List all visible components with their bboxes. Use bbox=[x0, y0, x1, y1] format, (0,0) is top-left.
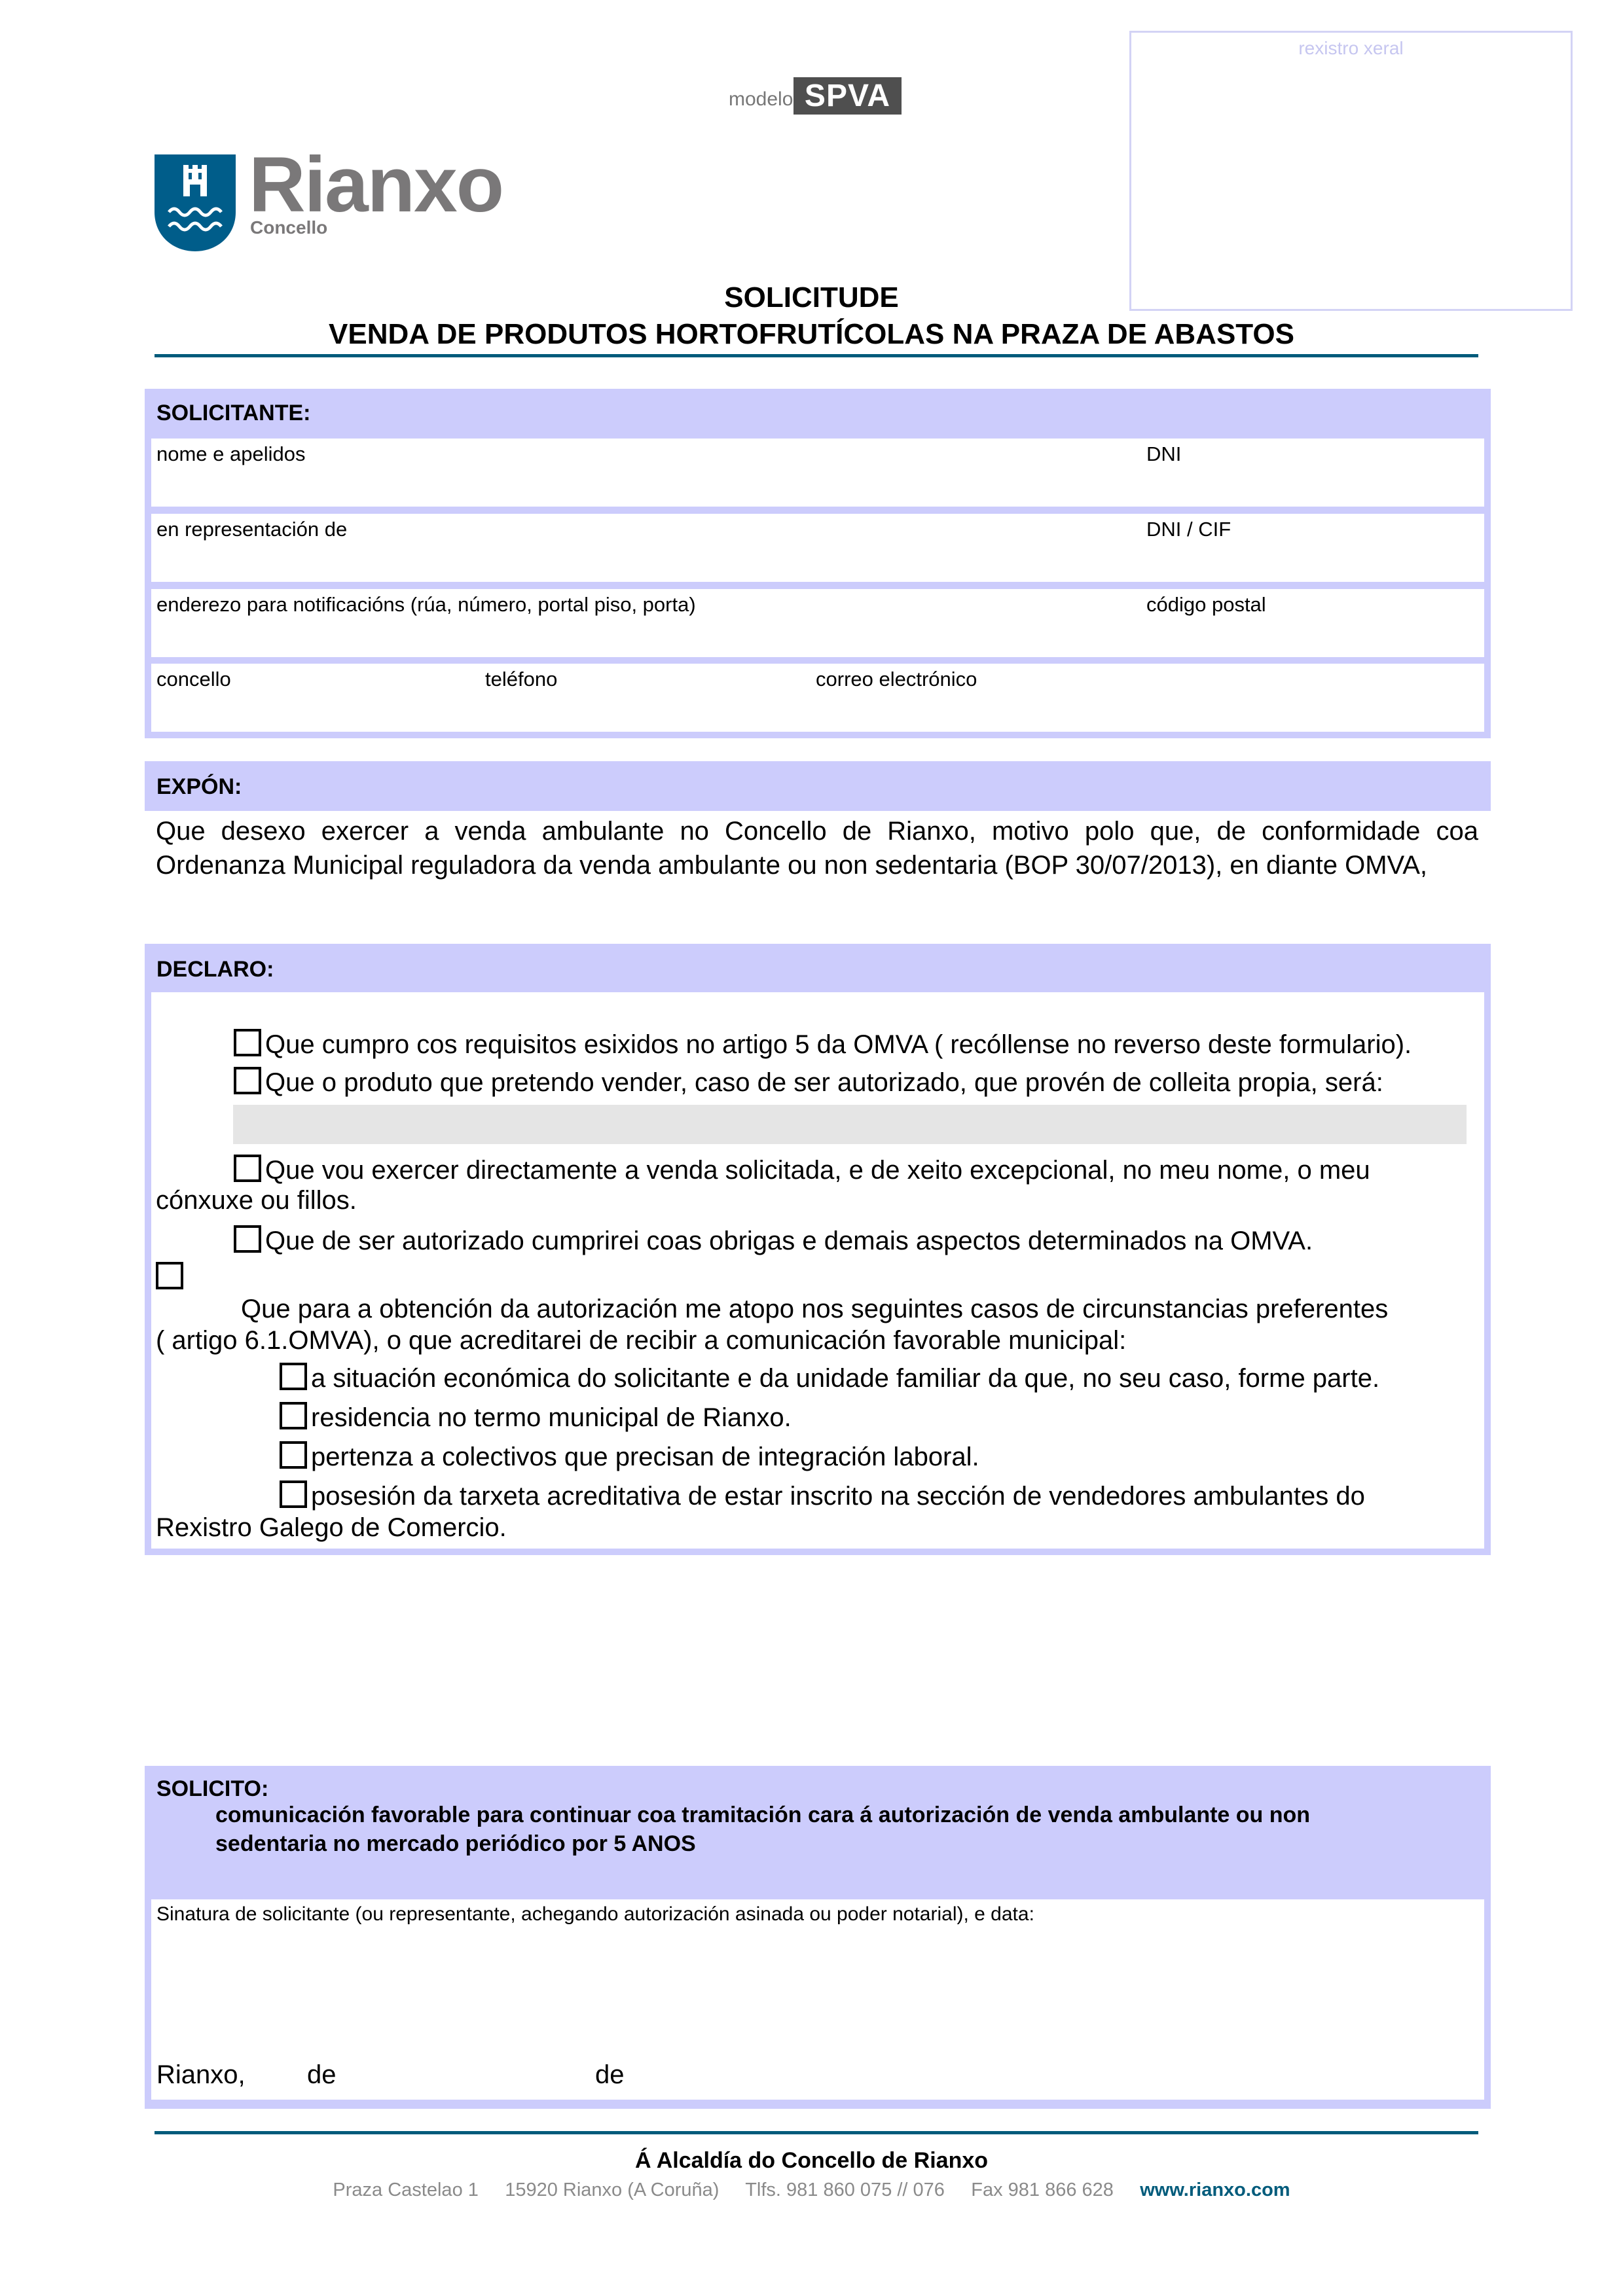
section-expon-header: EXPÓN: bbox=[145, 761, 1491, 811]
signature-date-de1: de bbox=[307, 2060, 337, 2090]
model-code-badge: SPVA bbox=[793, 77, 902, 115]
document-subtitle: VENDA DE PRODUTOS HORTOFRUTÍCOLAS NA PRA… bbox=[0, 318, 1623, 351]
field-row-contact[interactable]: concello teléfono correo electrónico bbox=[151, 664, 1484, 732]
signature-date-de2: de bbox=[595, 2060, 625, 2090]
address-field-label: enderezo para notificacións (rúa, número… bbox=[156, 593, 696, 617]
declaration-item-continuation: cónxuxe ou fillos. bbox=[156, 1186, 357, 1215]
logo-subtitle: Concello bbox=[250, 217, 327, 238]
footer-contact: Praza Castelao 1 15920 Rianxo (A Coruña)… bbox=[0, 2179, 1623, 2201]
footer-phones: Tlfs. 981 860 075 // 076 bbox=[745, 2179, 945, 2200]
dni-field-label: DNI bbox=[1146, 442, 1181, 466]
field-row-name[interactable]: nome e apelidos DNI bbox=[151, 439, 1484, 507]
declaration-item: Que o produto que pretendo vender, caso … bbox=[234, 1067, 1383, 1098]
checkbox[interactable] bbox=[280, 1480, 307, 1508]
footer-fax: Fax 981 866 628 bbox=[971, 2179, 1114, 2200]
shield-icon bbox=[155, 154, 237, 253]
section-heading: SOLICITANTE: bbox=[156, 401, 310, 426]
preference-item: posesión da tarxeta acreditativa de esta… bbox=[280, 1480, 1365, 1511]
section-solicito: SOLICITO: comunicación favorable para co… bbox=[145, 1766, 1491, 2109]
checkbox[interactable] bbox=[234, 1067, 261, 1094]
signature-box[interactable]: Sinatura de solicitante (ou representant… bbox=[151, 1899, 1484, 2100]
representation-field-label: en representación de bbox=[156, 518, 347, 541]
request-text-line1: comunicación favorable para continuar co… bbox=[215, 1803, 1310, 1828]
footer-city: 15920 Rianxo (A Coruña) bbox=[505, 2179, 719, 2200]
checkbox[interactable] bbox=[234, 1029, 261, 1056]
field-row-address[interactable]: enderezo para notificacións (rúa, número… bbox=[151, 589, 1484, 657]
declaration-item: Que cumpro cos requisitos esixidos no ar… bbox=[234, 1029, 1412, 1060]
checkbox[interactable] bbox=[280, 1441, 307, 1469]
footer-title: Á Alcaldía do Concello de Rianxo bbox=[0, 2148, 1623, 2174]
registry-stamp-box: rexistro xeral bbox=[1129, 31, 1573, 311]
expon-text: Que desexo exercer a venda ambulante no … bbox=[156, 814, 1478, 882]
request-text-line2: sedentaria no mercado periódico por 5 AN… bbox=[215, 1831, 696, 1857]
logo-wordmark: Rianxo bbox=[249, 145, 503, 224]
checkbox[interactable] bbox=[280, 1363, 307, 1390]
checkbox[interactable] bbox=[234, 1225, 261, 1253]
declaration-item-text: Que para a obtención da autorización me … bbox=[241, 1295, 1388, 1324]
dni-cif-field-label: DNI / CIF bbox=[1146, 518, 1231, 541]
checkbox[interactable] bbox=[234, 1155, 261, 1182]
registry-label: rexistro xeral bbox=[1131, 38, 1571, 59]
preference-item: a situación económica do solicitante e d… bbox=[280, 1363, 1379, 1393]
section-heading: SOLICITO: bbox=[156, 1776, 268, 1802]
footer-website-link[interactable]: www.rianxo.com bbox=[1140, 2179, 1290, 2200]
field-row-representation[interactable]: en representación de DNI / CIF bbox=[151, 514, 1484, 582]
section-solicitante: SOLICITANTE: nome e apelidos DNI en repr… bbox=[145, 389, 1491, 738]
declaration-item: Que de ser autorizado cumprirei coas obr… bbox=[234, 1225, 1313, 1256]
footer-divider bbox=[155, 2131, 1478, 2134]
signature-label: Sinatura de solicitante (ou representant… bbox=[156, 1903, 1034, 1926]
preference-item-continuation: Rexistro Galego de Comercio. bbox=[156, 1513, 507, 1543]
product-input[interactable] bbox=[233, 1105, 1467, 1144]
preference-item: pertenza a colectivos que precisan de in… bbox=[280, 1441, 979, 1472]
footer-address: Praza Castelao 1 bbox=[333, 2179, 478, 2200]
checkbox[interactable] bbox=[280, 1402, 307, 1429]
declaration-item: Que vou exercer directamente a venda sol… bbox=[234, 1155, 1370, 1185]
name-field-label: nome e apelidos bbox=[156, 442, 306, 466]
preference-item: residencia no termo municipal de Rianxo. bbox=[280, 1402, 792, 1433]
municipality-field-label: concello bbox=[156, 668, 231, 691]
declaration-item-continuation: ( artigo 6.1.OMVA), o que acreditarei de… bbox=[156, 1326, 1126, 1355]
declaration-item bbox=[156, 1262, 187, 1293]
title-divider bbox=[155, 354, 1478, 357]
document-title: SOLICITUDE bbox=[0, 281, 1623, 314]
signature-place: Rianxo, bbox=[156, 2060, 246, 2090]
section-heading: EXPÓN: bbox=[156, 774, 242, 800]
postal-code-field-label: código postal bbox=[1146, 593, 1266, 617]
email-field-label: correo electrónico bbox=[816, 668, 977, 691]
checkbox[interactable] bbox=[156, 1262, 183, 1289]
section-heading: DECLARO: bbox=[156, 957, 274, 982]
model-label: modelo bbox=[729, 88, 793, 111]
phone-field-label: teléfono bbox=[485, 668, 557, 691]
